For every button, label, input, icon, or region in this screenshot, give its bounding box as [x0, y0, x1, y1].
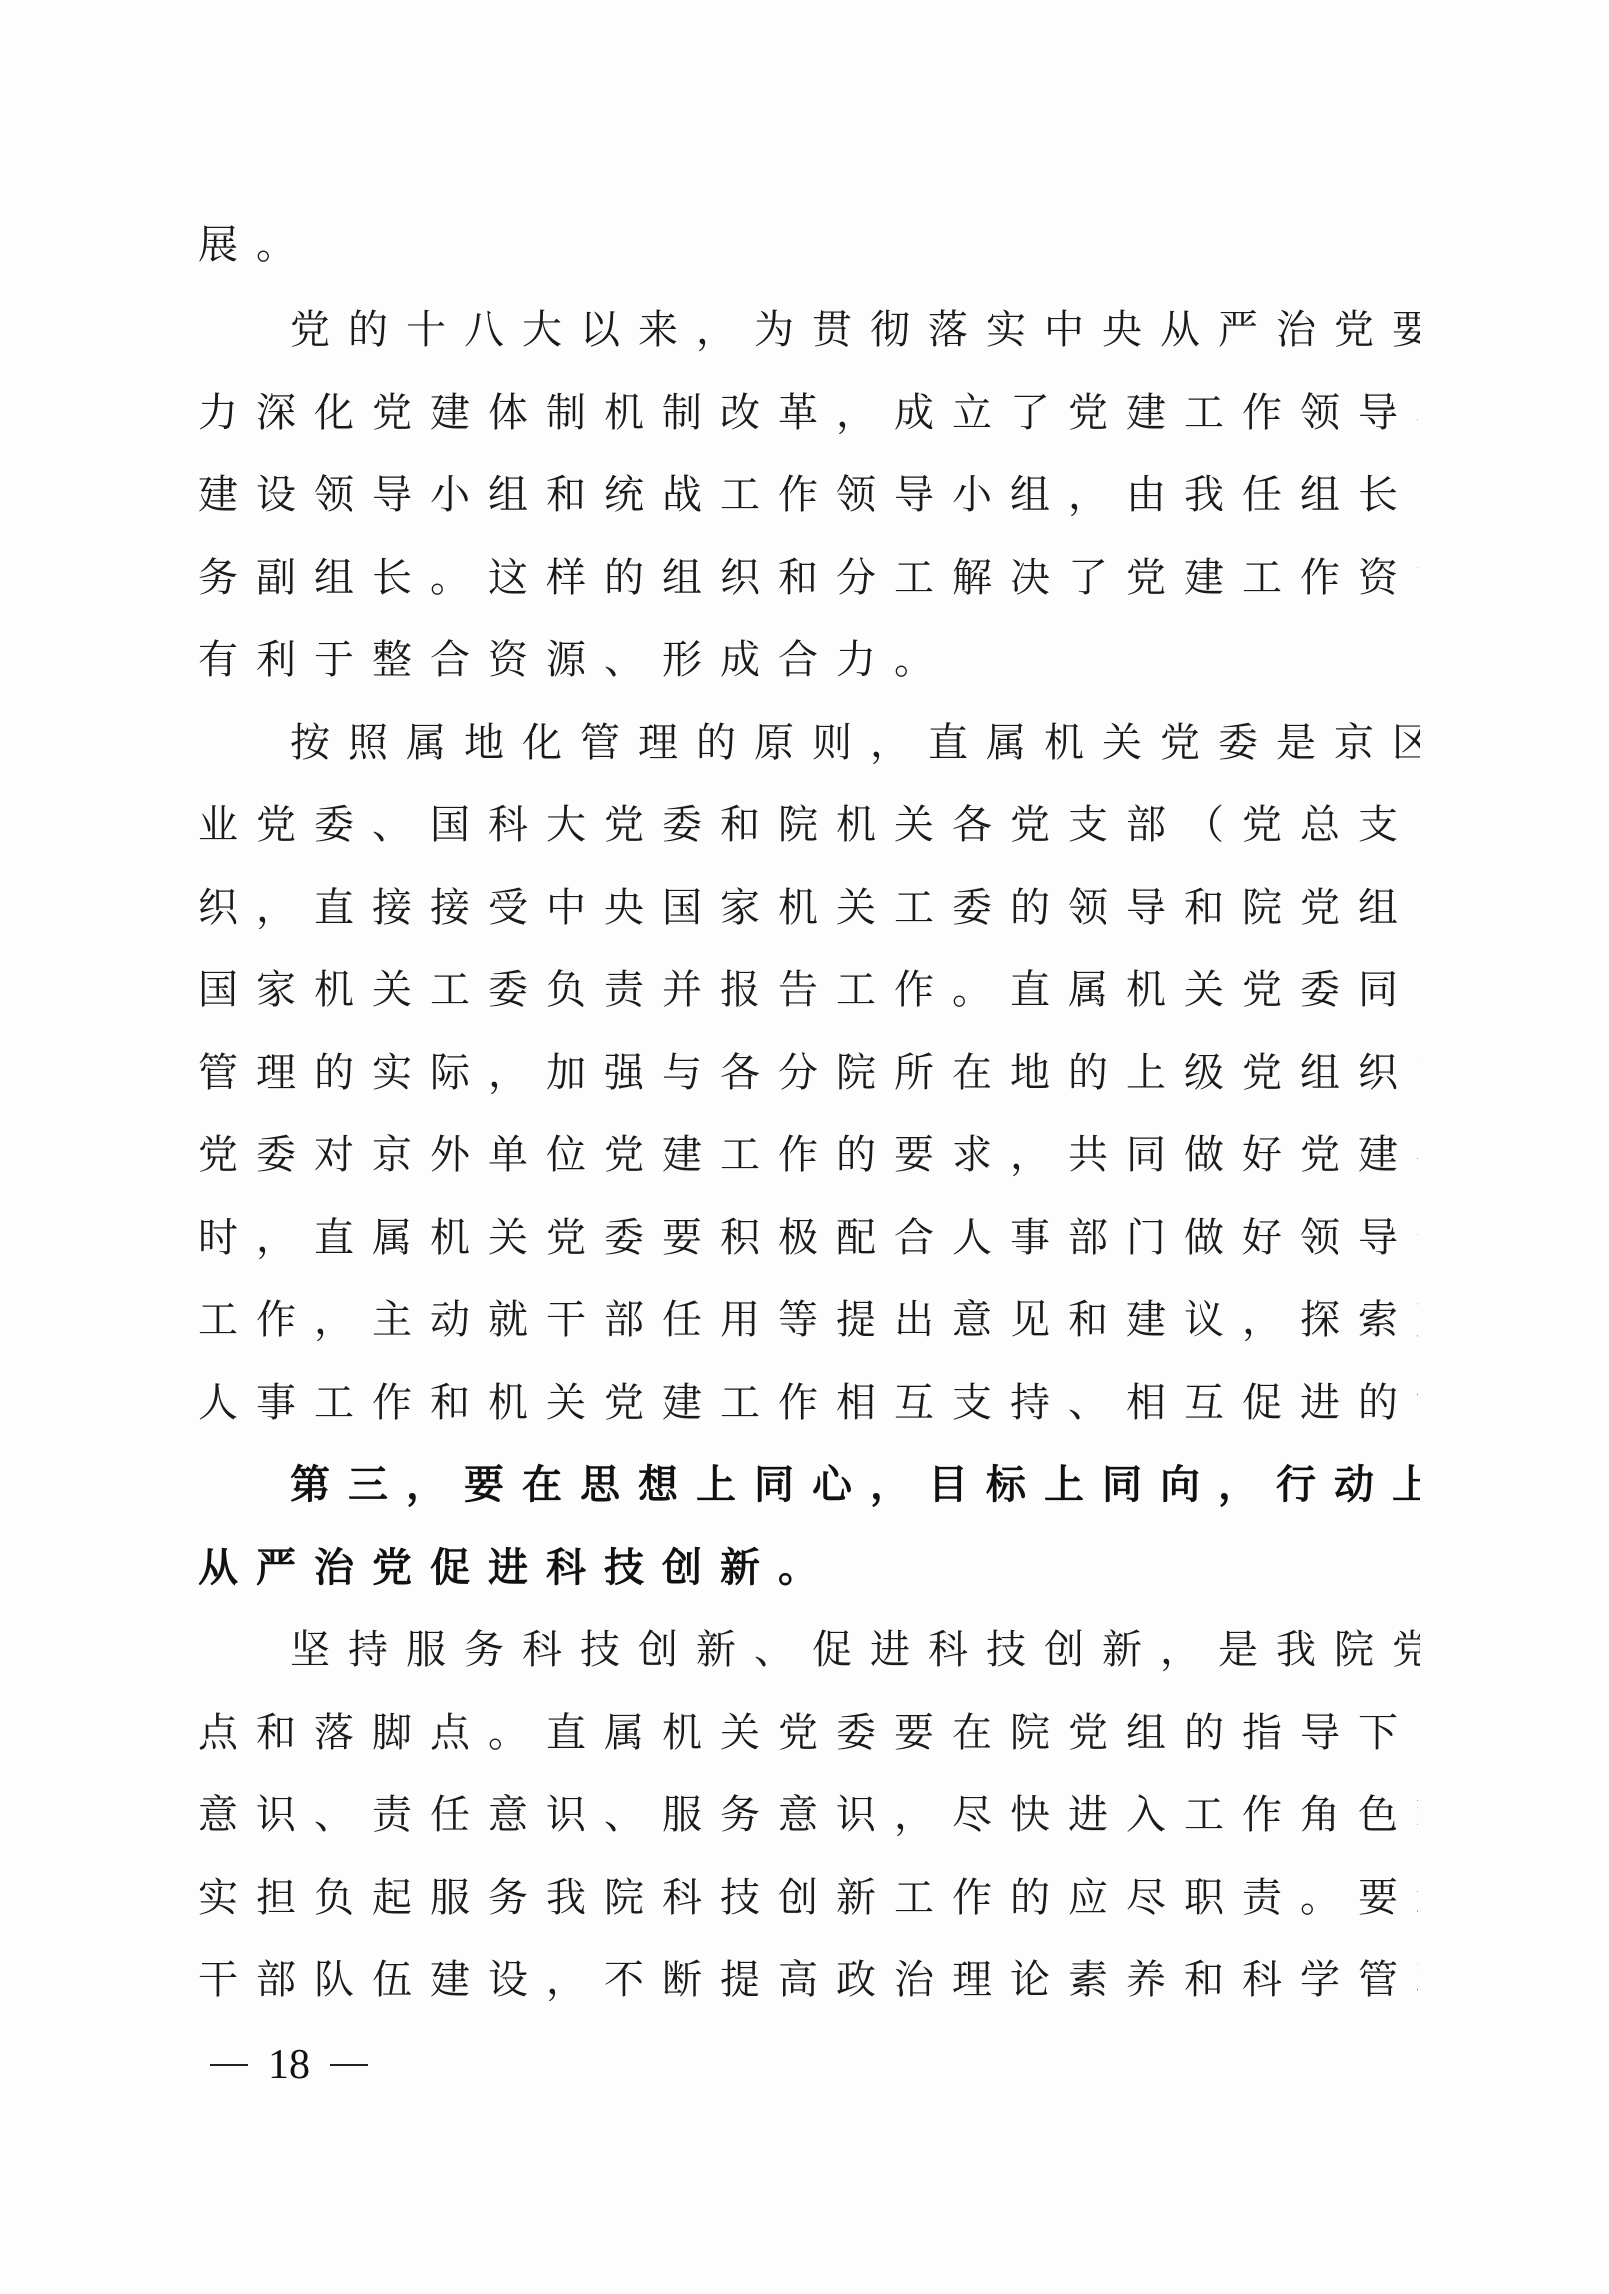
paragraph-line: 坚持服务科技创新、促进科技创新，是我院党建工作的出发 — [290, 1620, 1420, 1680]
section-heading-line: 第三，要在思想上同心，目标上同向，行动上同行，以全面 — [290, 1455, 1420, 1515]
paragraph-line: 建设领导小组和统战工作领导小组，由我任组长，伟平同志任常 — [198, 465, 1418, 525]
paragraph-line: 业党委、国科大党委和院机关各党支部（党总支）的上级党组 — [198, 795, 1418, 855]
paragraph-line: 织，直接接受中央国家机关工委的领导和院党组的指导，向中央 — [198, 878, 1418, 938]
section-heading-line: 从严治党促进科技创新。 — [198, 1538, 1418, 1598]
paragraph-line: 党委对京外单位党建工作的要求，共同做好党建各项工作。同 — [198, 1125, 1418, 1185]
dash-right — [330, 2064, 368, 2066]
paragraph-line: 时，直属机关党委要积极配合人事部门做好领导干部的考核评议 — [198, 1208, 1418, 1268]
paragraph-line: 党的十八大以来，为贯彻落实中央从严治党要求，院党组着 — [290, 300, 1420, 360]
paragraph-line: 有利于整合资源、形成合力。 — [198, 630, 1418, 690]
paragraph-line: 按照属地化管理的原则，直属机关党委是京区党委、京区企 — [290, 713, 1420, 773]
paragraph-line: 展。 — [198, 215, 1418, 275]
paragraph-line: 管理的实际，加强与各分院所在地的上级党组织沟通，掌握地方 — [198, 1043, 1418, 1103]
document-page: 展。党的十八大以来，为贯彻落实中央从严治党要求，院党组着力深化党建体制机制改革，… — [0, 0, 1609, 2294]
paragraph-line: 意识、责任意识、服务意识，尽快进入工作角色和工作状态，切 — [198, 1785, 1418, 1845]
page-number: 18 — [268, 2035, 310, 2095]
paragraph-line: 工作，主动就干部任用等提出意见和建议，探索建立有利于干部 — [198, 1290, 1418, 1350]
paragraph-line: 国家机关工委负责并报告工作。直属机关党委同时要结合属地化 — [198, 960, 1418, 1020]
paragraph-line: 点和落脚点。直属机关党委要在院党组的指导下，牢固树立大局 — [198, 1703, 1418, 1763]
page-footer: 18 — [210, 2035, 368, 2095]
dash-left — [210, 2064, 248, 2066]
paragraph-line: 干部队伍建设，不断提高政治理论素养和科学管理水平，不断提 — [198, 1950, 1418, 2010]
paragraph-line: 务副组长。这样的组织和分工解决了党建工作资源分散的问题， — [198, 548, 1418, 608]
paragraph-line: 人事工作和机关党建工作相互支持、相互促进的协作机制。 — [198, 1373, 1418, 1433]
paragraph-line: 实担负起服务我院科技创新工作的应尽职责。要进一步加强自身 — [198, 1868, 1418, 1928]
paragraph-line: 力深化党建体制机制改革，成立了党建工作领导小组、党风廉政 — [198, 383, 1418, 443]
